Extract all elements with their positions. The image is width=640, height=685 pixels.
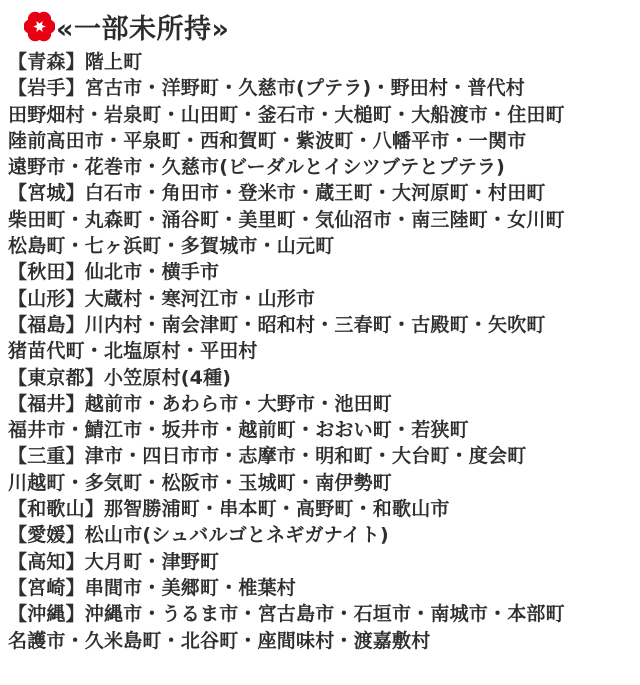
list-line: 遠野市・花巻市・久慈市(ビーダルとイシツブテとプテラ)	[8, 154, 634, 180]
list-line: 【秋田】仙北市・横手市	[8, 259, 634, 285]
list-line: 【宮城】白石市・角田市・登米市・蔵王町・大河原町・村田町	[8, 180, 634, 206]
page-title: «一部未所持»	[56, 7, 229, 46]
list-line: 【愛媛】松山市(シュバルゴとネギガナイト)	[8, 522, 634, 548]
list-line: 猪苗代町・北塩原村・平田村	[8, 338, 634, 364]
list-line: 柴田町・丸森町・涌谷町・美里町・気仙沼市・南三陸町・女川町	[8, 207, 634, 233]
list-line: 【三重】津市・四日市市・志摩市・明和町・大台町・度会町	[8, 443, 634, 469]
list-line: 【和歌山】那智勝浦町・串本町・高野町・和歌山市	[8, 496, 634, 522]
list-line: 【福井】越前市・あわら市・大野市・池田町	[8, 391, 634, 417]
list-line: 【高知】大月町・津野町	[8, 549, 634, 575]
list-line: 【山形】大蔵村・寒河江市・山形市	[8, 286, 634, 312]
list-line: 【岩手】宮古市・洋野町・久慈市(プテラ)・野田村・普代村	[8, 75, 634, 101]
page: «一部未所持» 【青森】階上町【岩手】宮古市・洋野町・久慈市(プテラ)・野田村・…	[0, 0, 640, 654]
list-line: 【東京都】小笠原村(4種)	[8, 365, 634, 391]
list-line: 田野畑村・岩泉町・山田町・釜石市・大槌町・大船渡市・住田町	[8, 102, 634, 128]
flower-icon	[24, 11, 55, 42]
list: 【青森】階上町【岩手】宮古市・洋野町・久慈市(プテラ)・野田村・普代村田野畑村・…	[8, 49, 634, 654]
list-line: 【沖縄】沖縄市・うるま市・宮古島市・石垣市・南城市・本部町	[8, 601, 634, 627]
list-line: 【福島】川内村・南会津町・昭和村・三春町・古殿町・矢吹町	[8, 312, 634, 338]
list-line: 川越町・多気町・松阪市・玉城町・南伊勢町	[8, 470, 634, 496]
list-line: 陸前高田市・平泉町・西和賀町・紫波町・八幡平市・一関市	[8, 128, 634, 154]
list-line: 福井市・鯖江市・坂井市・越前町・おおい町・若狭町	[8, 417, 634, 443]
list-line: 【宮崎】串間市・美郷町・椎葉村	[8, 575, 634, 601]
list-line: 【青森】階上町	[8, 49, 634, 75]
list-line: 松島町・七ヶ浜町・多賀城市・山元町	[8, 233, 634, 259]
page-header: «一部未所持»	[8, 6, 634, 46]
list-line: 名護市・久米島町・北谷町・座間味村・渡嘉敷村	[8, 628, 634, 654]
